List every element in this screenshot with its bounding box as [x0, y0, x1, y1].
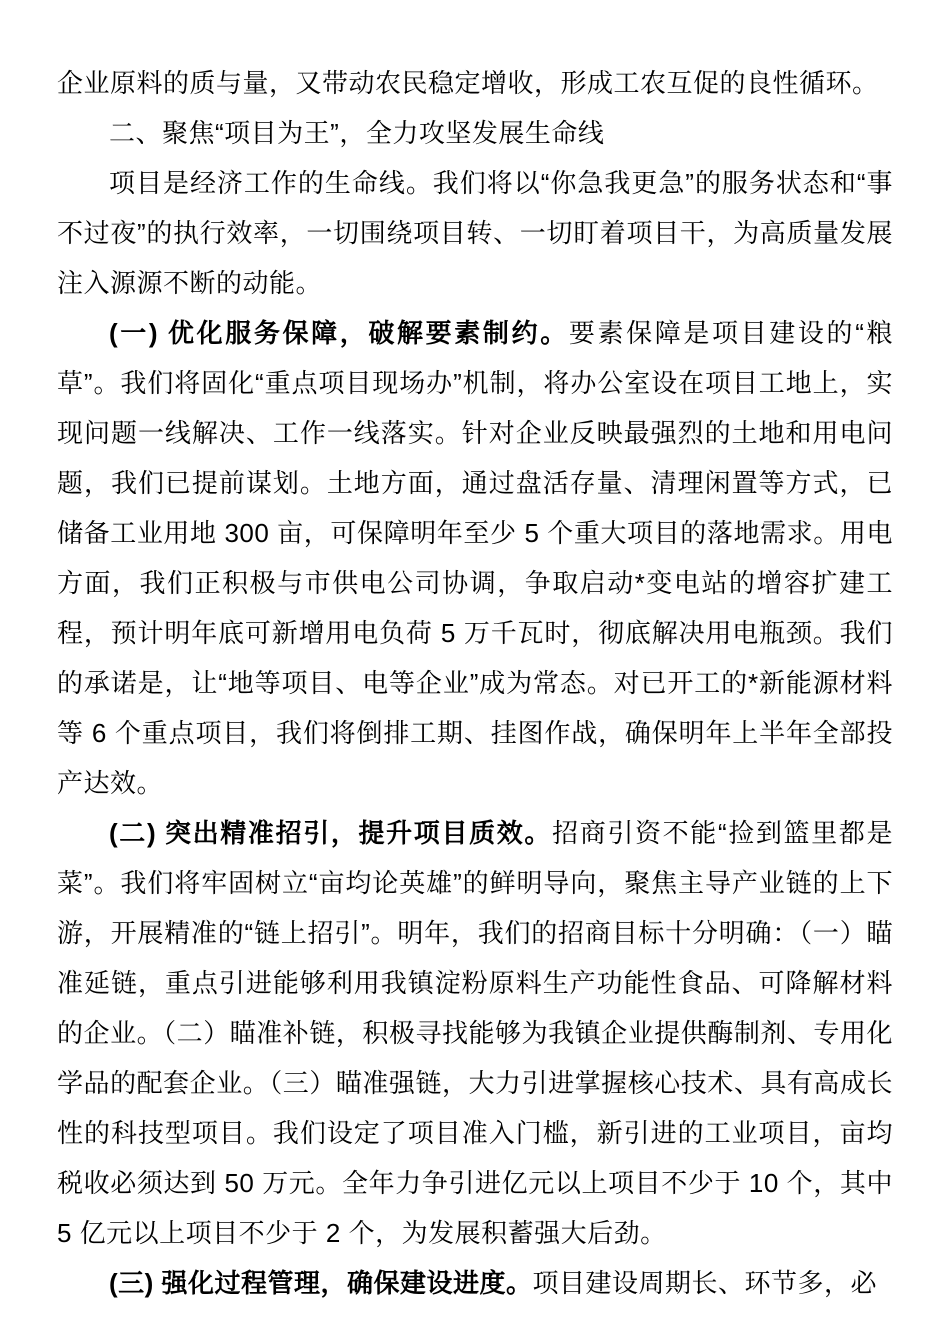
- text-run: 企业原料的质与量，又带动农民稳定增收，形成工农互促的良性循环。: [57, 68, 879, 98]
- bold-text-run: (一) 优化服务保障，破解要素制约。: [109, 318, 569, 348]
- paragraph-continuation: 企业原料的质与量，又带动农民稳定增收，形成工农互促的良性循环。: [57, 58, 893, 108]
- text-run: 招商引资不能“捡到篮里都是菜”。我们将牢固树立“亩均论英雄”的鲜明导向，聚焦主导…: [57, 818, 893, 1248]
- document-page: 企业原料的质与量，又带动农民稳定增收，形成工农互促的良性循环。二、聚焦“项目为王…: [0, 0, 950, 1344]
- paragraph-item-2: (二) 突出精准招引，提升项目质效。招商引资不能“捡到篮里都是菜”。我们将牢固树…: [57, 808, 893, 1258]
- text-run: 要素保障是项目建设的“粮草”。我们将固化“重点项目现场办”机制，将办公室设在项目…: [57, 318, 893, 798]
- paragraph-item-1: (一) 优化服务保障，破解要素制约。要素保障是项目建设的“粮草”。我们将固化“重…: [57, 308, 893, 808]
- paragraph-item-3: (三) 强化过程管理，确保建设进度。项目建设周期长、环节多，必: [57, 1258, 893, 1308]
- bold-text-run: (三) 强化过程管理，确保建设进度。: [109, 1268, 533, 1298]
- text-run: 项目建设周期长、环节多，必: [533, 1268, 878, 1298]
- heading-section-2: 二、聚焦“项目为王”，全力攻坚发展生命线: [57, 108, 893, 158]
- text-run: 二、聚焦“项目为王”，全力攻坚发展生命线: [109, 118, 604, 148]
- document-body: 企业原料的质与量，又带动农民稳定增收，形成工农互促的良性循环。二、聚焦“项目为王…: [57, 58, 893, 1308]
- text-run: 项目是经济工作的生命线。我们将以“你急我更急”的服务状态和“事不过夜”的执行效率…: [57, 168, 893, 298]
- bold-text-run: (二) 突出精准招引，提升项目质效。: [109, 818, 552, 848]
- paragraph-section-intro: 项目是经济工作的生命线。我们将以“你急我更急”的服务状态和“事不过夜”的执行效率…: [57, 158, 893, 308]
